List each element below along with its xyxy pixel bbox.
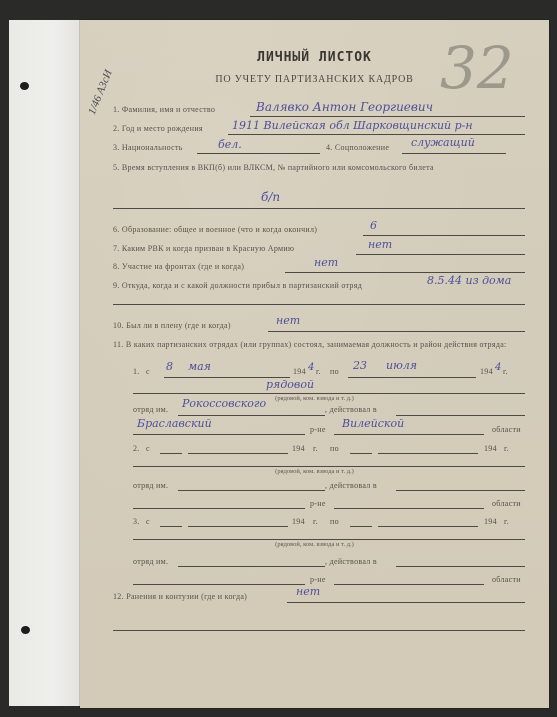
field-8-line <box>285 272 525 273</box>
entry-3-unit-line <box>178 566 325 567</box>
entry-2-region-label: области <box>492 499 521 508</box>
field-6-value: 6 <box>370 219 377 232</box>
entry-3-to-year-suffix: г. <box>504 517 509 526</box>
field-11-label: 11. В каких партизанских отрядах (или гр… <box>113 340 525 350</box>
field-3-value: бел. <box>218 138 242 151</box>
personal-record-sheet: 1/46 A3cИ 32 ЛИЧНЫЙ ЛИСТОК ПО УЧЕТУ ПАРТ… <box>80 20 549 708</box>
field-10-value: нет <box>276 314 300 327</box>
entry-1-region: Вилейской <box>342 417 404 430</box>
entry-1-district: Браславский <box>137 417 212 430</box>
entry-3-operated-line <box>396 566 525 567</box>
field-10-label: 10. Был ли в плену (где и когда) <box>113 321 231 330</box>
entry-3-to-label: по <box>330 517 339 526</box>
field-4-line <box>402 153 506 154</box>
field-12-extra-line <box>113 630 525 631</box>
entry-1-to-label: по <box>330 367 339 376</box>
entry-1-operated-line <box>396 415 525 416</box>
entry-3-district-line <box>133 584 305 585</box>
entry-1-from-label: с <box>146 367 150 376</box>
field-1-label: 1. Фамилия, имя и отчество <box>113 105 215 114</box>
entry-3-position-line <box>133 539 525 540</box>
entry-3-from-year-prefix: 194 <box>292 517 305 526</box>
punch-hole <box>20 82 29 90</box>
archive-backing-sheet <box>9 20 84 706</box>
field-3-label: 3. Национальность <box>113 143 183 152</box>
entry-2-from-day-line <box>160 453 182 454</box>
entry-3-district-label: р-не <box>310 575 326 584</box>
field-5-line <box>113 208 525 209</box>
entry-3-to-year-prefix: 194 <box>484 517 497 526</box>
field-5-value: б/п <box>261 190 280 204</box>
entry-1-region-label: области <box>492 425 521 434</box>
field-7-label: 7. Каким РВК и когда призван в Красную А… <box>113 244 294 253</box>
entry-2-to-label: по <box>330 444 339 453</box>
entry-1-to-year-suffix: г. <box>503 367 508 376</box>
entry-2-unit-line <box>178 490 325 491</box>
entry-2-unit-label: отряд им. <box>133 481 168 490</box>
entry-1-from-year-digit: 4 <box>308 362 314 373</box>
entry-2-district-label: р-не <box>310 499 326 508</box>
entry-3-to-month-line <box>378 526 478 527</box>
field-4-label: 4. Соцположение <box>326 143 389 152</box>
entry-1-position-line <box>133 393 525 394</box>
entry-2-to-year-prefix: 194 <box>484 444 497 453</box>
entry-1-district-line <box>133 434 305 435</box>
field-8-value: нет <box>314 256 338 269</box>
entry-3-operated-label: , действовал в <box>325 557 377 566</box>
field-8-label: 8. Участие на фронтах (где и когда) <box>113 262 244 271</box>
entry-2-from-label: с <box>146 444 150 453</box>
field-6-label: 6. Образование: общее и военное (что и к… <box>113 225 317 234</box>
entry-2-from-month-line <box>188 453 288 454</box>
field-12-label: 12. Ранения и контузии (где и когда) <box>113 592 247 601</box>
entry-1-num: 1. <box>133 367 140 376</box>
entry-1-to-year-digit: 4 <box>495 362 501 373</box>
entry-2-position-hint: (рядовой, ком. взвода и т. д.) <box>80 468 549 475</box>
entry-2-district-line <box>133 508 305 509</box>
entry-3-region-line <box>334 584 484 585</box>
field-5-label: 5. Время вступления в ВКП(б) или ВЛКСМ, … <box>113 163 434 172</box>
entry-1-unit-label: отряд им. <box>133 405 168 414</box>
field-9-line <box>113 304 525 305</box>
field-3-line <box>197 153 320 154</box>
field-1-line <box>250 116 525 117</box>
field-4-value: служащий <box>411 136 475 149</box>
entry-3-to-day-line <box>350 526 372 527</box>
entry-3-from-month-line <box>188 526 288 527</box>
document-subtitle: ПО УЧЕТУ ПАРТИЗАНСКИХ КАДРОВ <box>80 74 549 85</box>
page-number-pencil: 32 <box>440 34 514 102</box>
entry-3-position-hint: (рядовой, ком. взвода и т. д.) <box>80 541 549 548</box>
field-1-value: Валявко Антон Георгиевич <box>256 100 433 114</box>
entry-1-region-line <box>334 434 484 435</box>
entry-2-to-year-suffix: г. <box>504 444 509 453</box>
entry-1-to-line <box>348 377 476 378</box>
entry-1-district-label: р-не <box>310 425 326 434</box>
document-title: ЛИЧНЫЙ ЛИСТОК <box>80 50 549 65</box>
field-7-value: нет <box>368 238 392 251</box>
entry-1-from-day: 8 <box>166 360 173 373</box>
entry-1-to-month: июля <box>386 359 417 372</box>
field-12-line <box>287 602 525 603</box>
entry-2-to-day-line <box>350 453 372 454</box>
entry-1-from-month: мая <box>188 360 211 373</box>
entry-3-region-label: области <box>492 575 521 584</box>
entry-1-unit: Рокоссовского <box>182 397 266 410</box>
field-9-value: 8.5.44 из дома <box>427 274 511 287</box>
entry-1-position: рядовой <box>266 378 314 391</box>
field-2-line <box>228 134 525 135</box>
field-10-line <box>268 331 525 332</box>
entry-1-to-day: 23 <box>353 359 367 372</box>
entry-2-num: 2. <box>133 444 140 453</box>
entry-2-from-year-suffix: г. <box>313 444 318 453</box>
entry-2-position-line <box>133 466 525 467</box>
field-6-line <box>363 235 525 236</box>
field-2-value: 1911 Вилейская обл Шарковщинский р-н <box>232 119 473 132</box>
entry-1-position-hint: (рядовой, ком. взвода и т. д.) <box>80 395 549 402</box>
entry-1-from-year-suffix: г. <box>316 367 321 376</box>
entry-3-from-label: с <box>146 517 150 526</box>
field-12-value: нет <box>296 585 320 598</box>
entry-3-num: 3. <box>133 517 140 526</box>
entry-3-unit-label: отряд им. <box>133 557 168 566</box>
entry-3-from-day-line <box>160 526 182 527</box>
entry-2-operated-label: , действовал в <box>325 481 377 490</box>
entry-1-operated-label: , действовал в <box>325 405 377 414</box>
entry-1-from-year-prefix: 194 <box>293 367 306 376</box>
entry-2-operated-line <box>396 490 525 491</box>
entry-3-from-year-suffix: г. <box>313 517 318 526</box>
entry-1-unit-line <box>178 415 325 416</box>
field-2-label: 2. Год и место рождения <box>113 124 203 133</box>
punch-hole <box>21 626 30 634</box>
field-9-label: 9. Откуда, когда и с какой должности при… <box>113 281 362 290</box>
field-7-line <box>356 254 525 255</box>
entry-2-to-month-line <box>378 453 478 454</box>
entry-2-region-line <box>334 508 484 509</box>
entry-2-from-year-prefix: 194 <box>292 444 305 453</box>
entry-1-to-year-prefix: 194 <box>480 367 493 376</box>
